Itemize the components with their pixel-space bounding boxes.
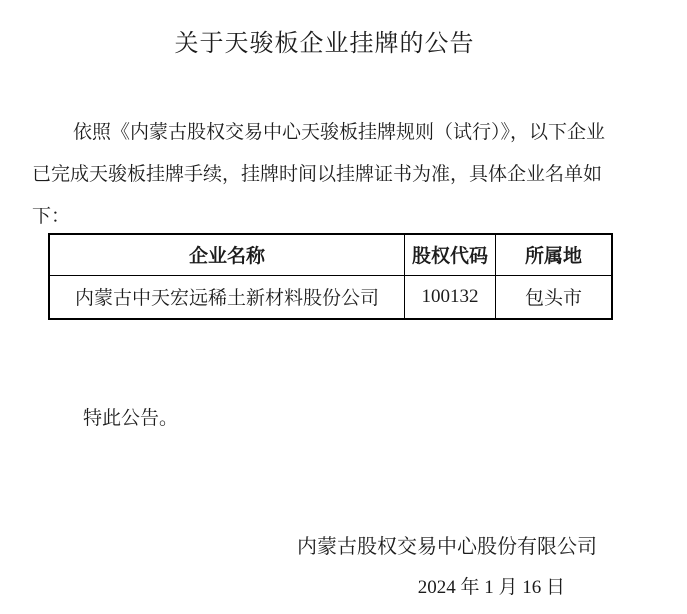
announcement-document: 关于天骏板企业挂牌的公告 依照《内蒙古股权交易中心天骏板挂牌规则（试行）》，以下… <box>0 0 687 614</box>
announcement-body: 依照《内蒙古股权交易中心天骏板挂牌规则（试行）》，以下企业 已完成天骏板挂牌手续… <box>32 112 617 238</box>
issue-date: 2024 年 1 月 16 日 <box>418 567 565 609</box>
issuer-signature: 内蒙古股权交易中心股份有限公司 <box>297 526 597 568</box>
table-body: 内蒙古中天宏远稀土新材料股份公司 100132 包头市 <box>49 275 612 319</box>
region-cell: 包头市 <box>496 275 613 319</box>
table-header: 企业名称 股权代码 所属地 <box>49 234 612 275</box>
column-header-region: 所属地 <box>496 234 613 275</box>
table-row: 内蒙古中天宏远稀土新材料股份公司 100132 包头市 <box>49 275 612 319</box>
equity-code-cell: 100132 <box>405 275 496 319</box>
listed-companies-table: 企业名称 股权代码 所属地 内蒙古中天宏远稀土新材料股份公司 100132 包头… <box>48 233 613 320</box>
table-header-row: 企业名称 股权代码 所属地 <box>49 234 612 275</box>
body-line-2: 已完成天骏板挂牌手续，挂牌时间以挂牌证书为准，具体企业名单如 <box>32 154 617 196</box>
column-header-company-name: 企业名称 <box>49 234 405 275</box>
page-title: 关于天骏板企业挂牌的公告 <box>32 28 617 60</box>
column-header-equity-code: 股权代码 <box>405 234 496 275</box>
company-name-cell: 内蒙古中天宏远稀土新材料股份公司 <box>49 275 405 319</box>
body-line-1: 依照《内蒙古股权交易中心天骏板挂牌规则（试行）》，以下企业 <box>32 112 617 154</box>
closing-note: 特此公告。 <box>83 398 178 440</box>
body-line-3: 下： <box>32 196 617 238</box>
